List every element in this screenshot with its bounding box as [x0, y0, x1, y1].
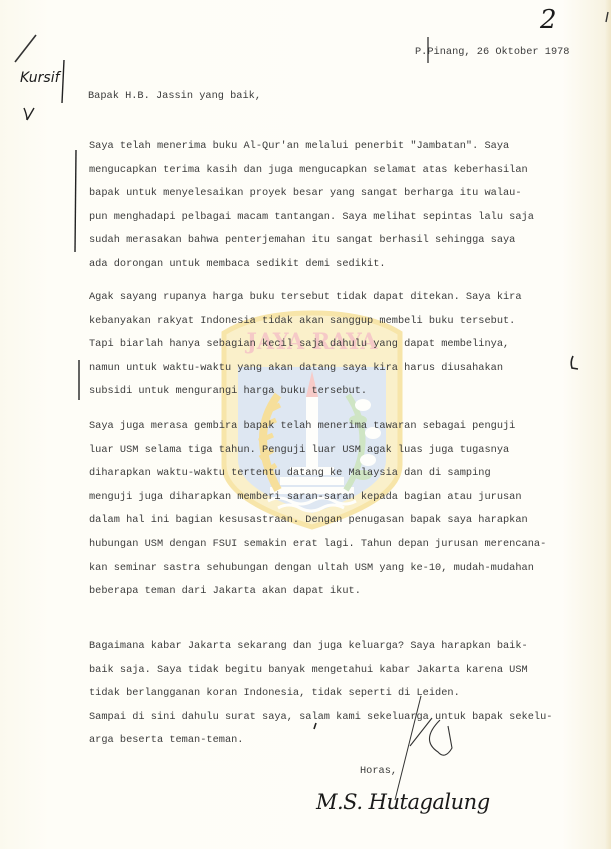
- salutation: Bapak H.B. Jassin yang baik,: [88, 90, 261, 102]
- handwritten-page-number: 2: [540, 5, 557, 35]
- body-line: namun untuk waktu-waktu yang akan datang…: [89, 362, 503, 374]
- body-line: hubungan USM dengan FSUI semakin erat la…: [89, 538, 546, 550]
- body-line: Bagaimana kabar Jakarta sekarang dan jug…: [89, 640, 528, 652]
- monument-shaft: [306, 397, 318, 467]
- body-line: dalam hal ini bagian kesusastraan. Denga…: [89, 514, 528, 526]
- body-line: kebanyakan rakyat Indonesia tidak akan s…: [89, 315, 515, 327]
- margin-note-kursif: Kursif: [20, 70, 60, 86]
- body-line: Agak sayang rupanya harga buku tersebut …: [89, 291, 522, 303]
- body-line: luar USM selama tiga tahun. Penguji luar…: [89, 444, 509, 456]
- body-line: mengucapkan terima kasih dan juga menguc…: [89, 164, 528, 176]
- body-line: Tapi biarlah hanya sebagian kecil saja d…: [89, 338, 509, 350]
- signature: M.S. Hutagalung: [316, 790, 490, 814]
- body-line: sudah merasakan bahwa penterjemahan itu …: [89, 234, 515, 246]
- body-line: bapak untuk menyelesaikan proyek besar y…: [89, 187, 522, 199]
- body-line: kan seminar sastra sehubungan dengan ult…: [89, 562, 534, 574]
- place-date: P.Pinang, 26 Oktober 1978: [415, 46, 569, 58]
- body-line: tidak berlangganan koran Indonesia, tida…: [89, 687, 460, 699]
- body-line: beberapa teman dari Jakarta akan dapat i…: [89, 585, 361, 597]
- body-line: baik saja. Saya tidak begitu banyak meng…: [89, 664, 528, 676]
- body-line: Sampai di sini dahulu surat saya, salam …: [89, 711, 552, 723]
- body-line: arga beserta teman-teman.: [89, 734, 243, 746]
- body-line: pun menghadapi pelbagai macam tantangan.…: [89, 211, 534, 223]
- body-line: menguji juga diharapkan memberi saran-sa…: [89, 491, 522, 503]
- body-line: diharapkan waktu-waktu tertentu datang k…: [89, 467, 491, 479]
- body-line: Saya telah menerima buku Al-Qur'an melal…: [89, 140, 509, 152]
- closing: Horas,: [360, 765, 397, 777]
- body-line: subsidi untuk mengurangi harga buku ters…: [89, 385, 367, 397]
- body-line: ada dorongan untuk membaca sedikit demi …: [89, 258, 386, 270]
- paper-edge: [605, 0, 611, 849]
- body-line: Saya juga merasa gembira bapak telah men…: [89, 420, 515, 432]
